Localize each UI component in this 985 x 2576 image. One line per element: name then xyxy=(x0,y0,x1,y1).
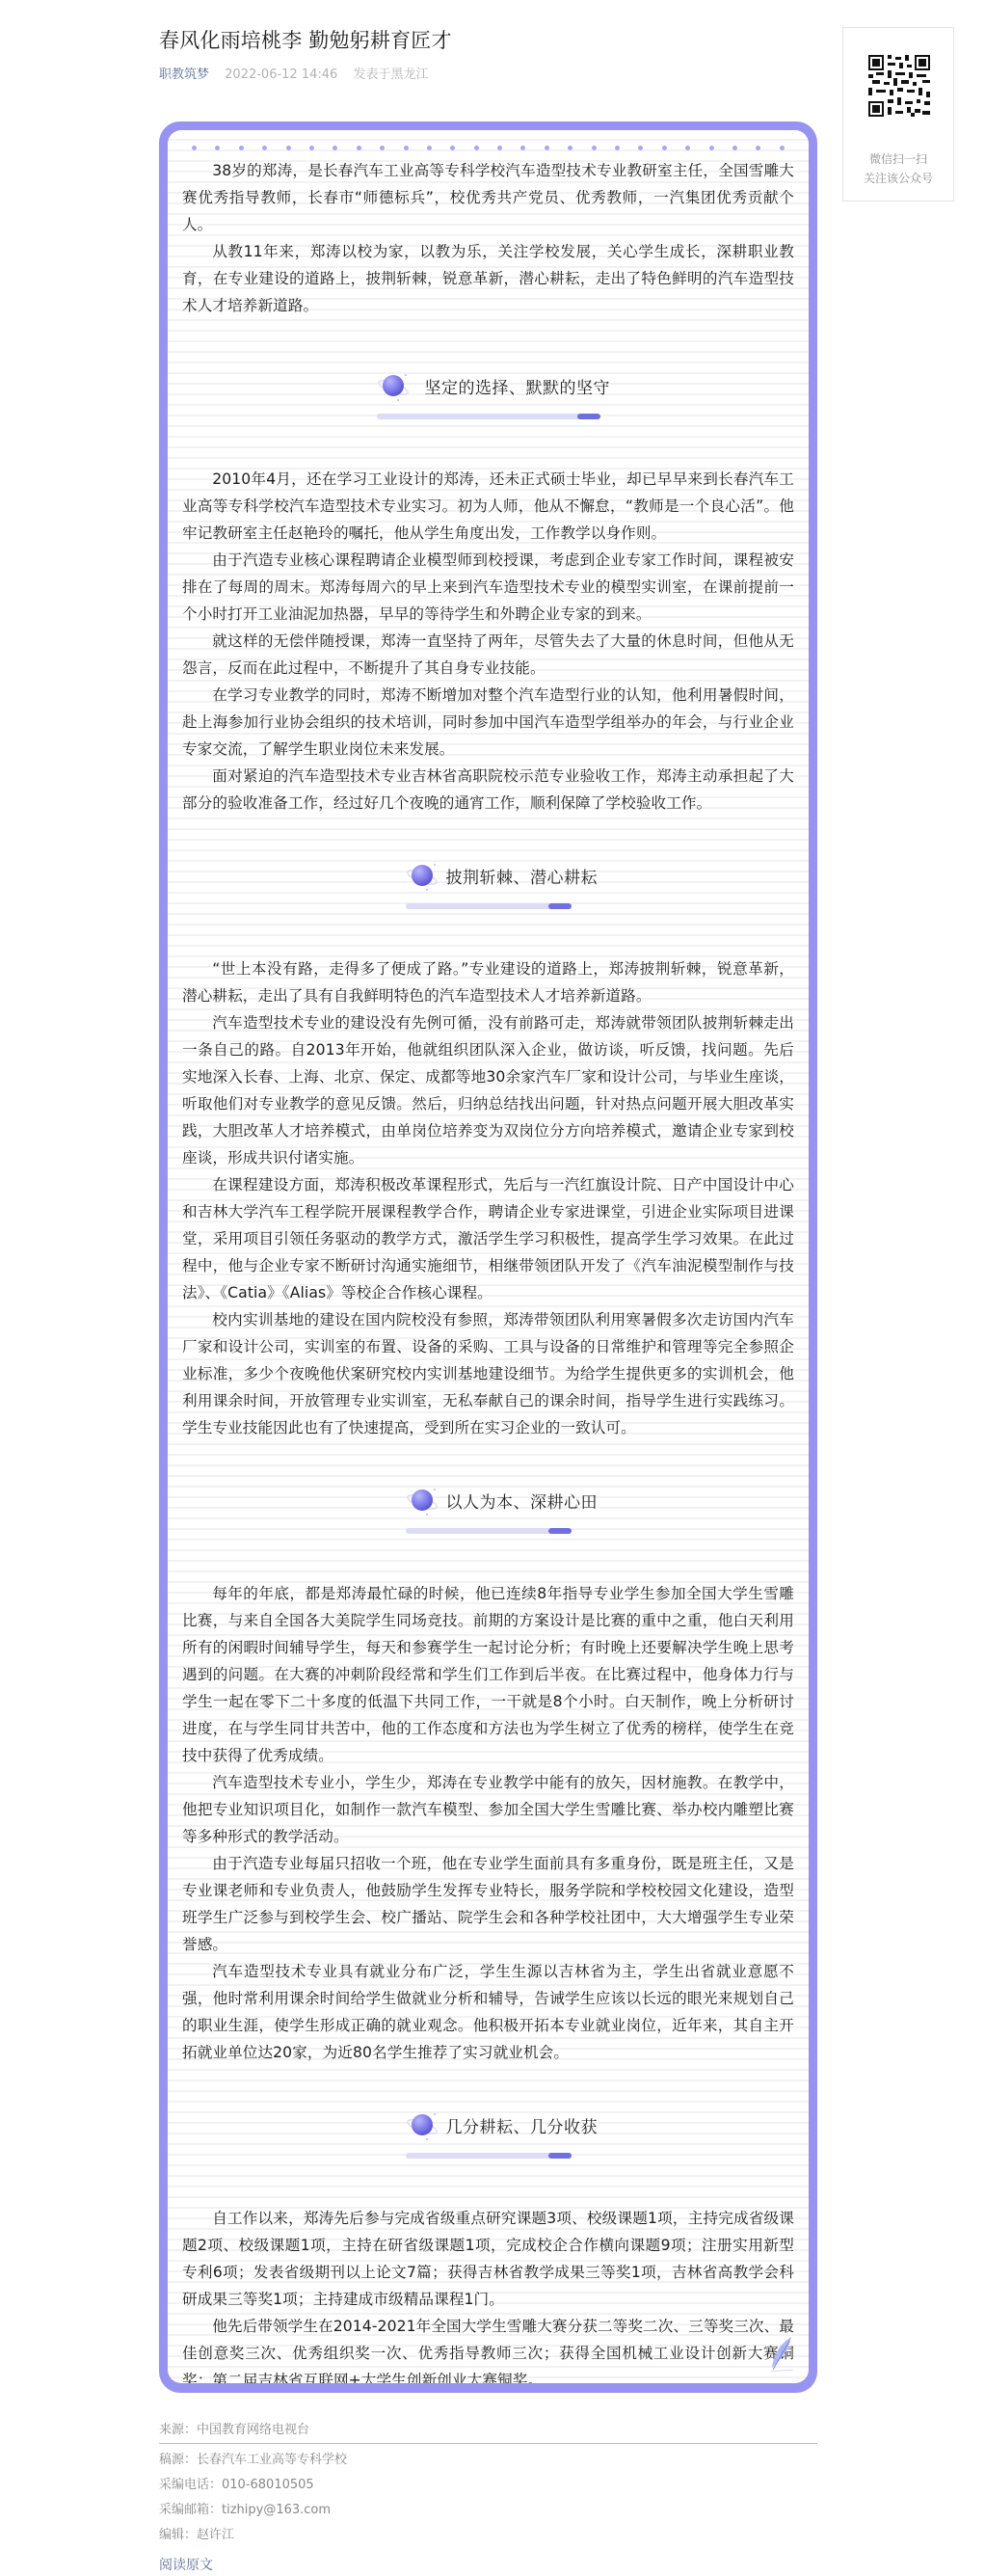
manuscript-source: 稿源：长春汽车工业高等专科学校 xyxy=(159,2448,817,2473)
dot-icon xyxy=(286,146,291,150)
section-underline xyxy=(406,2153,572,2159)
section-title: 坚定的选择、默默的坚守 xyxy=(425,374,611,398)
dot-icon xyxy=(709,146,714,150)
article-card-inner: 38岁的郑涛，是长春汽车工业高等专科学校汽车造型技术专业教研室主任，全国雪雕大赛… xyxy=(168,130,809,2383)
intro-paragraph: 从教11年来，郑涛以校为家，以教为乐，关注学校发展，关心学生成长，深耕职业教育，… xyxy=(182,238,794,319)
qr-caption-line1: 微信扫一扫 xyxy=(843,149,953,169)
section-title: 以人为本、深耕心田 xyxy=(446,1489,599,1513)
body-paragraph: 由于汽造专业每届只招收一个班，他在专业学生面前具有多重身份，既是班主任，又是专业… xyxy=(182,1850,794,1958)
publish-location: 发表于黑龙江 xyxy=(353,67,428,82)
qr-caption: 微信扫一扫 关注该公众号 xyxy=(843,149,953,188)
section-heading: 披荆斩棘、潜心耕耘 xyxy=(182,851,794,921)
body-paragraph: 就这样的无偿伴随授课，郑涛一直坚持了两年，尽管失去了大量的休息时间，但他从无怨言… xyxy=(182,628,794,682)
dot-icon xyxy=(545,146,549,150)
dot-icon xyxy=(732,146,737,150)
section-underline xyxy=(406,903,572,909)
editor-phone: 采编电话：010-68010505 xyxy=(159,2473,817,2498)
body-paragraph: 在学习专业教学的同时，郑涛不断增加对整个汽车造型行业的认知，他利用暑假时间，赴上… xyxy=(182,682,794,763)
section-title: 披荆斩棘、潜心耕耘 xyxy=(446,864,599,888)
qr-caption-line2: 关注该公众号 xyxy=(843,169,953,188)
planet-icon xyxy=(406,1486,440,1516)
section-underline-accent xyxy=(548,2153,572,2159)
planet-icon xyxy=(377,371,412,402)
dot-icon xyxy=(520,146,525,150)
dot-icon xyxy=(192,146,197,150)
section-underline xyxy=(406,1528,572,1534)
dot-icon xyxy=(568,146,572,150)
dot-icon xyxy=(357,146,361,150)
author-link[interactable]: 职教筑梦 xyxy=(159,67,209,82)
dot-icon xyxy=(780,146,785,150)
planet-icon xyxy=(406,861,440,892)
decorative-dots xyxy=(192,146,785,153)
dot-icon xyxy=(309,146,314,150)
dot-icon xyxy=(450,146,455,150)
article-title: 春风化雨培桃李 勤勉躬耕育匠才 xyxy=(159,25,452,54)
body-paragraph: 校内实训基地的建设在国内院校没有参照，郑涛带领团队利用寒暑假多次走访国内汽车厂家… xyxy=(182,1306,794,1441)
body-paragraph: “世上本没有路，走得多了便成了路。”专业建设的道路上，郑涛披荆斩棘，锐意革新，潜… xyxy=(182,955,794,1009)
body-paragraph: 面对紧迫的汽车造型技术专业吉林省高职院校示范专业验收工作，郑涛主动承担起了大部分… xyxy=(182,763,794,817)
section-underline-accent xyxy=(548,1528,572,1534)
section-title: 几分耕耘、几分收获 xyxy=(446,2113,599,2137)
source-line: 来源：中国教育网络电视台 xyxy=(159,2420,817,2444)
article-meta: 职教筑梦 2022-06-12 14:46 发表于黑龙江 xyxy=(159,64,428,82)
body-paragraph: 他先后带领学生在2014-2021年全国大学生雪雕大赛分获二等奖二次、三等奖三次… xyxy=(182,2313,794,2383)
dot-icon xyxy=(662,146,667,150)
dot-icon xyxy=(333,146,337,150)
editor-name: 编辑：赵许江 xyxy=(159,2523,817,2548)
qr-code-panel: 微信扫一扫 关注该公众号 xyxy=(842,27,954,201)
publish-date: 2022-06-12 14:46 xyxy=(225,67,337,82)
intro-paragraph: 38岁的郑涛，是长春汽车工业高等专科学校汽车造型技术专业教研室主任，全国雪雕大赛… xyxy=(182,157,794,238)
qr-code-icon xyxy=(868,49,930,136)
article-body: 38岁的郑涛，是长春汽车工业高等专科学校汽车造型技术专业教研室主任，全国雪雕大赛… xyxy=(182,157,794,2383)
article-footer: 来源：中国教育网络电视台 稿源：长春汽车工业高等专科学校 采编电话：010-68… xyxy=(159,2420,817,2548)
body-paragraph: 汽车造型技术专业具有就业分布广泛，学生生源以吉林省为主，学生出省就业意愿不强，他… xyxy=(182,1958,794,2066)
body-paragraph: 自工作以来，郑涛先后参与完成省级重点研究课题3项、校级课题1项，主持完成省级课题… xyxy=(182,2205,794,2313)
body-paragraph: 汽车造型技术专业的建设没有先例可循，没有前路可走，郑涛就带领团队披荆斩棘走出一条… xyxy=(182,1009,794,1171)
dot-icon xyxy=(215,146,220,150)
section-underline xyxy=(377,414,600,419)
dot-icon xyxy=(262,146,267,150)
section-heading: 几分耕耘、几分收获 xyxy=(182,2101,794,2170)
body-paragraph: 由于汽造专业核心课程聘请企业模型师到校授课，考虑到企业专家工作时间，课程被安排在… xyxy=(182,547,794,628)
read-original-link[interactable]: 阅读原文 xyxy=(159,2555,213,2574)
body-paragraph: 2010年4月，还在学习工业设计的郑涛，还未正式硕士毕业，却已早早来到长春汽车工… xyxy=(182,466,794,547)
body-paragraph: 汽车造型技术专业小，学生少，郑涛在专业教学中能有的放矢，因材施教。在教学中，他把… xyxy=(182,1769,794,1850)
dot-icon xyxy=(685,146,690,150)
feather-icon xyxy=(768,2335,795,2374)
dot-icon xyxy=(615,146,620,150)
dot-icon xyxy=(592,146,597,150)
body-paragraph: 在课程建设方面，郑涛积极改革课程形式，先后与一汽红旗设计院、日产中国设计中心和吉… xyxy=(182,1171,794,1306)
dot-icon xyxy=(239,146,244,150)
body-paragraph: 每年的年底，都是郑涛最忙碌的时候，他已连续8年指导专业学生参加全国大学生雪雕比赛… xyxy=(182,1580,794,1769)
dot-icon xyxy=(404,146,409,150)
dot-icon xyxy=(427,146,432,150)
editor-email: 采编邮箱：tizhipy@163.com xyxy=(159,2498,817,2523)
section-underline-accent xyxy=(577,414,600,419)
dot-icon xyxy=(380,146,385,150)
section-underline-accent xyxy=(548,903,572,909)
dot-icon xyxy=(474,146,479,150)
article-card: 38岁的郑涛，是长春汽车工业高等专科学校汽车造型技术专业教研室主任，全国雪雕大赛… xyxy=(159,121,817,2393)
planet-icon xyxy=(406,2110,440,2141)
section-heading: 以人为本、深耕心田 xyxy=(182,1476,794,1545)
section-heading: 坚定的选择、默默的坚守 xyxy=(182,362,794,431)
dot-icon xyxy=(497,146,502,150)
dot-icon xyxy=(756,146,760,150)
dot-icon xyxy=(638,146,643,150)
